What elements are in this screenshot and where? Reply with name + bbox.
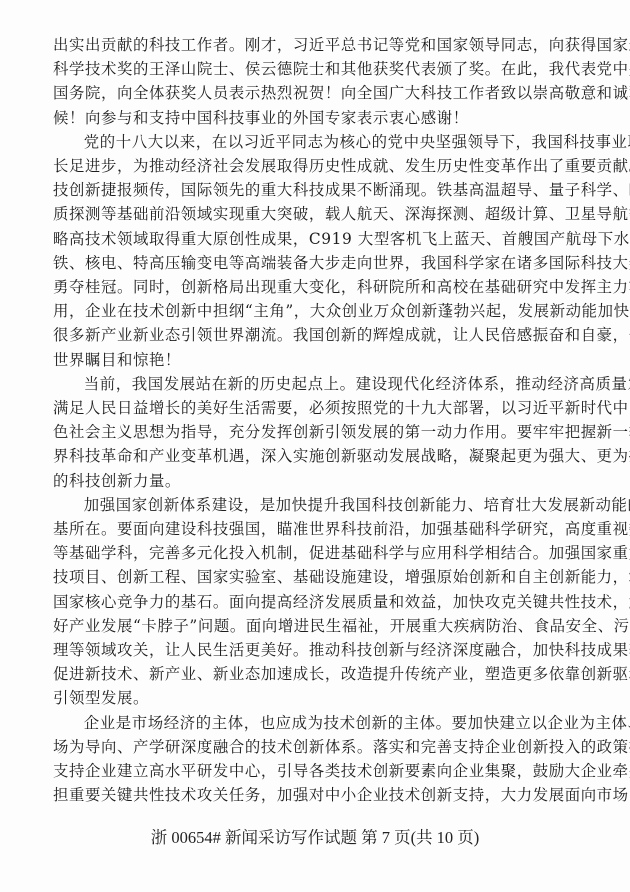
text-line: 等基础学科，完善多元化投入机制，促进基础科学与应用科学相结合。加强国家重大科 xyxy=(53,541,551,565)
text-line: 基所在。要面向建设科技强国，瞄准世界科技前沿，加强基础科学研究，高度重视数学 xyxy=(53,517,551,541)
text-line: 很多新产业新业态引领世界潮流。我国创新的辉煌成就，让人民倍感振奋和自豪，也让 xyxy=(53,323,551,347)
text-line: 加强国家创新体系建设，是加快提升我国科技创新能力、培育壮大发展新动能的根 xyxy=(53,493,551,517)
text-line: 促进新技术、新产业、新业态加速成长，改造提升传统产业，塑造更多依靠创新驱动的 xyxy=(53,662,551,686)
page-footer: 浙 00654# 新闻采访写作试题 第 7 页(共 10 页) xyxy=(0,827,630,849)
text-line: 界科技革命和产业变革机遇，深入实施创新驱动发展战略，凝聚起更为强大、更为持久 xyxy=(53,444,551,468)
text-line: 技项目、创新工程、国家实验室、基础设施建设，增强原始创新和自主创新能力，筑牢 xyxy=(53,565,551,589)
document-page: 出实出贡献的科技工作者。刚才，习近平总书记等党和国家领导同志，向获得国家最高 科… xyxy=(0,0,630,892)
paragraph-2: 党的十八大以来，在以习近平同志为核心的党中央坚强领导下，我国科技事业取得 长足进… xyxy=(53,130,551,372)
text-line: 候！向参与和支持中国科技事业的外国专家表示衷心感谢！ xyxy=(53,106,551,130)
text-line: 当前，我国发展站在新的历史起点上。建设现代化经济体系，推动经济高质量发展， xyxy=(53,372,551,396)
text-line: 引领型发展。 xyxy=(53,686,551,710)
text-line: 勇夺桂冠。同时，创新格局出现重大变化，科研院所和高校在基础研究中发挥主力军作 xyxy=(53,275,551,299)
text-line: 略高技术领域取得重大原创性成果，C919 大型客机飞上蓝天、首艘国产航母下水，高 xyxy=(53,227,551,251)
paragraph-3: 当前，我国发展站在新的历史起点上。建设现代化经济体系，推动经济高质量发展， 满足… xyxy=(53,372,551,493)
text-line: 色社会主义思想为指导，充分发挥创新引领发展的第一动力作用。要牢牢把握新一轮世 xyxy=(53,420,551,444)
text-line: 好产业发展“卡脖子”问题。面向增进民生福祉，开展重大疾病防治、食品安全、污染治 xyxy=(53,614,551,638)
text-line: 企业是市场经济的主体，也应成为技术创新的主体。要加快建立以企业为主体、市 xyxy=(53,711,551,735)
text-line: 铁、核电、特高压输变电等高端装备大步走向世界，我国科学家在诸多国际科技大奖中 xyxy=(53,251,551,275)
text-line: 场为导向、产学研深度融合的技术创新体系。落实和完善支持企业创新投入的政策措施， xyxy=(53,735,551,759)
text-line: 用，企业在技术创新中担纲“主角”，大众创业万众创新蓬勃兴起，发展新动能加快壮大， xyxy=(53,299,551,323)
body-text: 出实出贡献的科技工作者。刚才，习近平总书记等党和国家领导同志，向获得国家最高 科… xyxy=(53,33,551,808)
text-line: 的科技创新力量。 xyxy=(53,469,551,493)
text-line: 担重要关键共性技术攻关任务，加强对中小企业技术创新支持，大力发展面向市场的各 xyxy=(53,783,551,807)
text-line: 技创新捷报频传，国际领先的重大科技成果不断涌现。铁基高温超导、量子科学、暗物 xyxy=(53,178,551,202)
text-line: 科学技术奖的王泽山院士、侯云德院士和其他获奖代表颁了奖。在此，我代表党中央、 xyxy=(53,57,551,81)
text-line: 出实出贡献的科技工作者。刚才，习近平总书记等党和国家领导同志，向获得国家最高 xyxy=(53,33,551,57)
paragraph-5: 企业是市场经济的主体，也应成为技术创新的主体。要加快建立以企业为主体、市 场为导… xyxy=(53,711,551,808)
paragraph-4: 加强国家创新体系建设，是加快提升我国科技创新能力、培育壮大发展新动能的根 基所在… xyxy=(53,493,551,711)
text-line: 理等领域攻关，让人民生活更美好。推动科技创新与经济深度融合，加快科技成果转化， xyxy=(53,638,551,662)
text-line: 长足进步，为推动经济社会发展取得历史性成就、发生历史性变革作出了重要贡献。科 xyxy=(53,154,551,178)
text-line: 世界瞩目和惊艳！ xyxy=(53,348,551,372)
text-line: 支持企业建立高水平研发中心，引导各类技术创新要素向企业集聚，鼓励大企业牵头承 xyxy=(53,759,551,783)
text-line: 质探测等基础前沿领域实现重大突破，载人航天、深海探测、超级计算、卫星导航等战 xyxy=(53,202,551,226)
text-line: 国务院，向全体获奖人员表示热烈祝贺！向全国广大科技工作者致以崇高敬意和诚挚问 xyxy=(53,81,551,105)
paragraph-1: 出实出贡献的科技工作者。刚才，习近平总书记等党和国家领导同志，向获得国家最高 科… xyxy=(53,33,551,130)
text-line: 党的十八大以来，在以习近平同志为核心的党中央坚强领导下，我国科技事业取得 xyxy=(53,130,551,154)
text-line: 满足人民日益增长的美好生活需要，必须按照党的十九大部署，以习近平新时代中国特 xyxy=(53,396,551,420)
text-line: 国家核心竞争力的基石。面向提高经济发展质量和效益，加快攻克关键共性技术，解决 xyxy=(53,590,551,614)
